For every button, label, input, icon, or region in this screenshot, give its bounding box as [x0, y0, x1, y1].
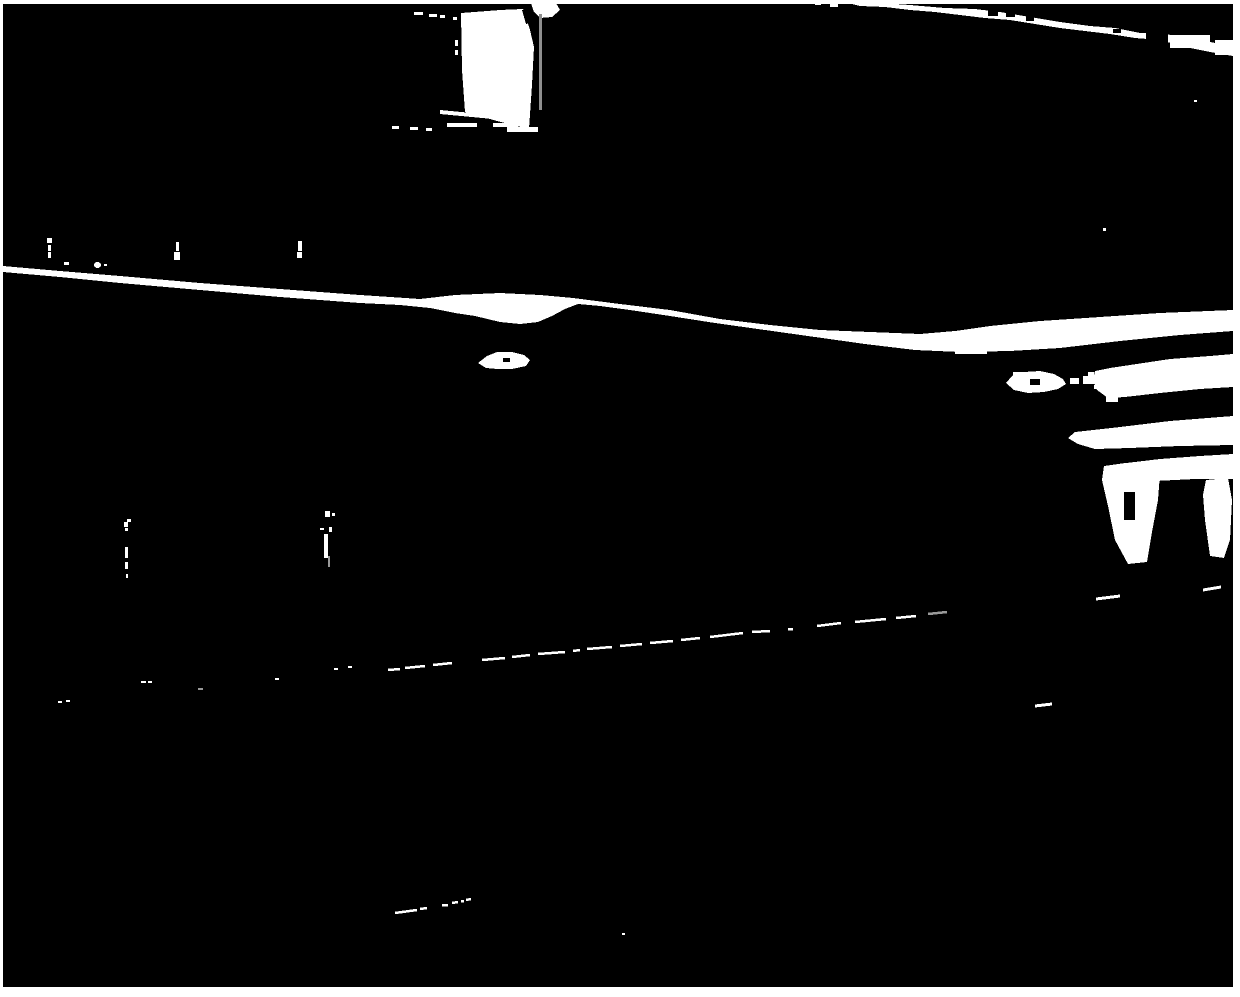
table-edge-dribble	[955, 349, 987, 354]
window-left-speck	[453, 17, 457, 20]
photo-svg	[0, 0, 1240, 997]
window-sill-streak	[447, 123, 477, 127]
ceiling-noise-hole	[1026, 16, 1034, 21]
stray-speck	[1194, 100, 1197, 102]
ceiling-noise-dot	[815, 3, 821, 5]
over-window-dot	[440, 15, 445, 18]
binarized-photo	[0, 0, 1240, 997]
window-sill-dot	[426, 128, 432, 131]
blinds-stripe-tip	[1106, 394, 1118, 402]
shelf-post-highlight	[297, 252, 302, 258]
table-leg-highlight	[320, 528, 324, 530]
floor-edge-dash	[388, 669, 400, 670]
over-window-dot	[414, 12, 423, 15]
shelf-post-highlight	[174, 252, 180, 260]
table-leg-highlight	[324, 534, 328, 558]
window-frame-gray-line	[539, 14, 542, 110]
window-sill-streak	[493, 123, 518, 127]
floor-speck	[198, 688, 203, 690]
ceiling-noise-hole	[1006, 12, 1015, 17]
lower-floor-dash	[420, 908, 427, 909]
photo-black-field	[3, 4, 1233, 987]
floor-speck	[141, 681, 146, 683]
blinds-stripe-tip	[1088, 372, 1094, 378]
chair-leg-hole	[1124, 492, 1135, 520]
floor-edge-dash	[752, 631, 770, 632]
table-leg-highlight	[328, 556, 330, 567]
shelf-post-highlight	[48, 245, 51, 251]
shelf-post-highlight	[48, 252, 51, 258]
ceiling-noise-dot	[830, 4, 838, 7]
window-left-speck	[455, 50, 458, 55]
table-reflection-hole	[503, 358, 510, 362]
floor-speck	[275, 678, 279, 680]
table-leg-highlight	[125, 562, 128, 569]
floor-speck	[66, 700, 70, 702]
table-leg-highlight	[124, 522, 128, 527]
blinds-cluster-bit	[1013, 372, 1027, 376]
shelf-speck	[64, 262, 69, 265]
ceiling-noise-hole	[1113, 29, 1121, 33]
shelf-post-highlight	[47, 238, 52, 243]
shelf-knob-dot	[104, 264, 107, 266]
table-leg-highlight	[125, 528, 128, 531]
stray-speck	[622, 933, 625, 935]
ceiling-noise-hole	[1146, 33, 1168, 42]
table-leg-highlight	[125, 547, 128, 558]
blinds-cluster-hole	[1030, 379, 1040, 385]
shelf-post-highlight	[298, 241, 302, 251]
window-sill-streak	[507, 127, 538, 132]
lower-floor-dash	[466, 899, 471, 900]
over-window-dot	[429, 14, 437, 17]
window-left-speck	[455, 40, 458, 46]
table-leg-highlight	[126, 574, 128, 578]
shelf-knob	[94, 262, 101, 268]
table-leg-highlight	[329, 527, 332, 532]
ceiling-noise-blob	[1215, 40, 1233, 55]
table-leg-highlight	[325, 511, 330, 517]
floor-speck	[148, 681, 152, 683]
floor-speck	[58, 701, 62, 703]
floor-edge-dash	[573, 650, 580, 651]
lower-floor-dash	[452, 902, 458, 903]
floor-speck	[348, 666, 352, 668]
floor-speck	[334, 668, 338, 670]
ceiling-noise-blob	[1170, 35, 1210, 48]
ceiling-noise-hole	[988, 10, 998, 16]
window-pane	[461, 9, 534, 129]
window-sill-dot	[392, 126, 399, 129]
table-leg-highlight	[127, 519, 131, 522]
window-sill-dot	[410, 127, 418, 130]
stray-dash	[1035, 704, 1052, 706]
table-leg-highlight	[332, 513, 335, 516]
blinds-cluster-bit	[1070, 378, 1079, 384]
shelf-post-highlight	[176, 242, 179, 251]
stray-speck	[1103, 228, 1106, 231]
